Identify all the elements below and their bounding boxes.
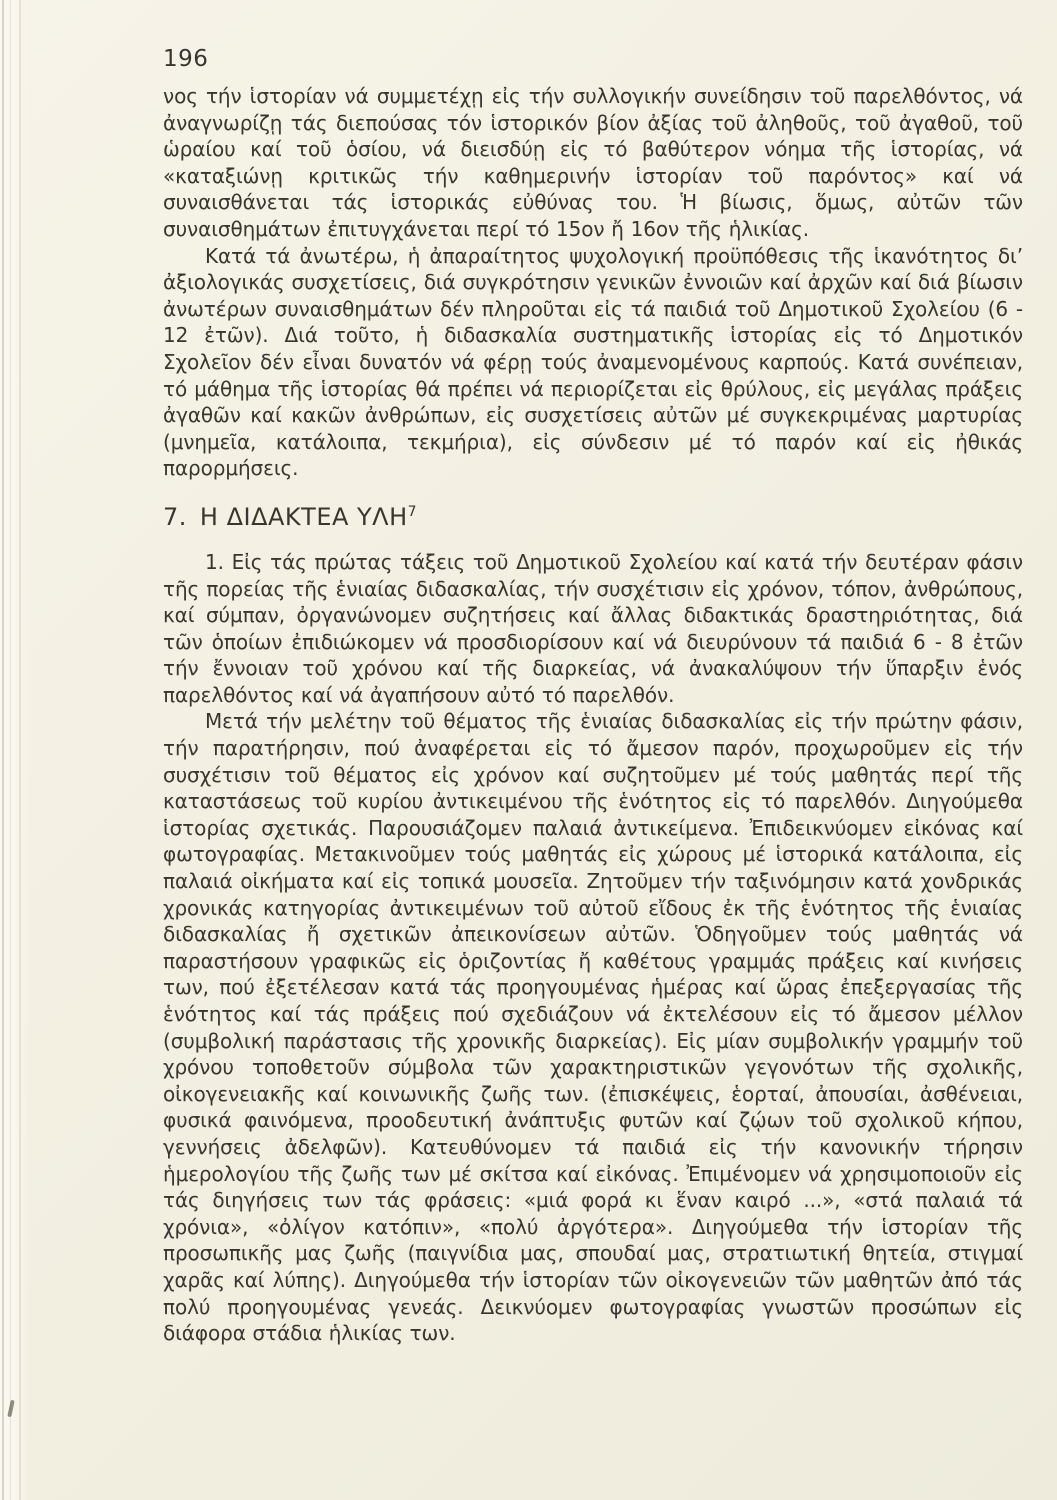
footnote-reference: 7 xyxy=(408,504,417,520)
section-heading: 7.Η ΔΙΔΑΚΤΕΑ ΥΛΗ7 xyxy=(163,502,1023,532)
body-paragraph: Κατά τά ἀνωτέρω, ἡ ἀπαραίτητος ψυχολογικ… xyxy=(163,243,1023,482)
scan-crease-line-1 xyxy=(2,0,4,1500)
scan-crease-line-2 xyxy=(10,0,11,1500)
text-column: 196 νος τήν ἱστορίαν νά συμμετέχῃ εἰς τή… xyxy=(163,45,1023,1347)
body-paragraph: 1. Εἰς τάς πρώτας τάξεις τοῦ Δημοτικοῦ Σ… xyxy=(163,549,1023,709)
section-title: Η ΔΙΔΑΚΤΕΑ ΥΛΗ xyxy=(200,503,408,531)
body-paragraph-continuation: νος τήν ἱστορίαν νά συμμετέχῃ εἰς τήν συ… xyxy=(163,83,1023,243)
scanned-page: 196 νος τήν ἱστορίαν νά συμμετέχῃ εἰς τή… xyxy=(0,0,1057,1500)
page-number: 196 xyxy=(163,45,1023,73)
body-paragraph: Μετά τήν μελέτην τοῦ θέματος τῆς ἑνιαίας… xyxy=(163,708,1023,1346)
section-number: 7. xyxy=(163,503,187,531)
scan-binding-edge xyxy=(0,0,30,1500)
scan-crease-line-3 xyxy=(19,0,21,1500)
